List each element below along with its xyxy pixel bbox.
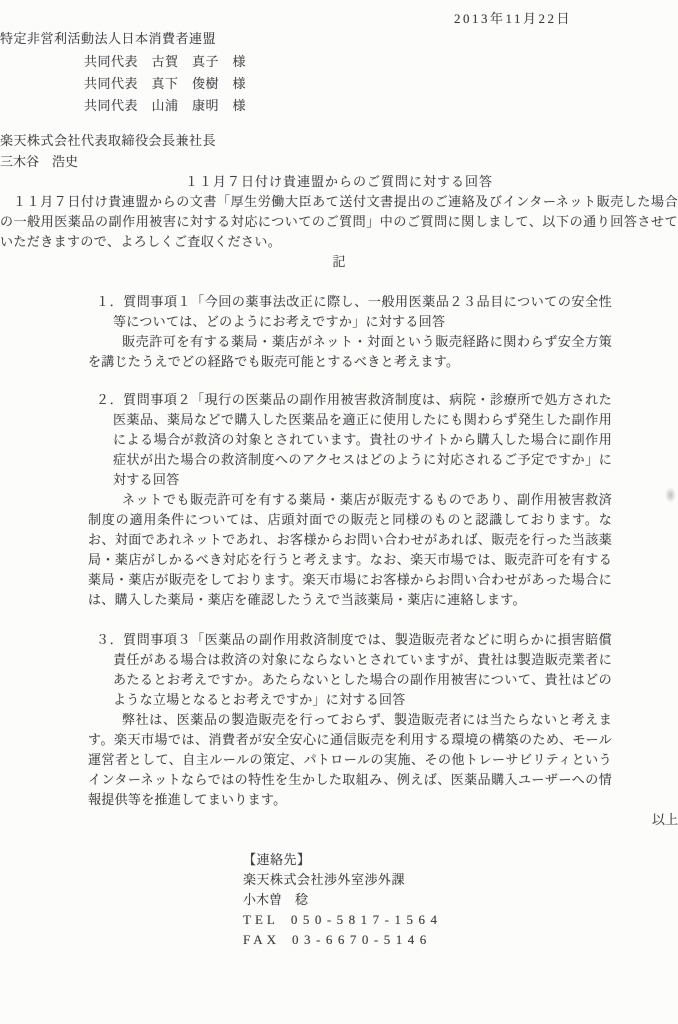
tel-label: TEL: [243, 912, 279, 927]
recipient-representatives: 共同代表 古賀 真子 様 共同代表 真下 俊樹 様 共同代表 山浦 康明 様: [84, 51, 678, 117]
recipient-organization: 特定非営利活動法人日本消費者連盟: [0, 29, 678, 49]
qa-number: ２．: [96, 392, 123, 407]
qa-number: １．: [96, 294, 123, 309]
qa-answer: 弊社は、医薬品の製造販売を行っておらず、製造販売者には当たらないと考えます。楽天…: [88, 710, 612, 810]
fax-number: 03-6670-5146: [292, 932, 432, 947]
qa-item-2: ２．質問事項２「現行の医薬品の副作用被害救済制度は、病院・診療所で処方された医薬…: [96, 390, 612, 610]
recipient-representative: 共同代表 古賀 真子 様: [84, 51, 678, 73]
qa-question-text: 質問事項１「今回の薬事法改正に際し、一般用医薬品２３品目についての安全性等につい…: [113, 294, 612, 329]
sender-block: 楽天株式会社代表取締役会長兼社長 三木谷 浩史: [0, 131, 678, 172]
qa-question: ２．質問事項２「現行の医薬品の副作用被害救済制度は、病院・診療所で処方された医薬…: [96, 390, 612, 490]
contact-department: 楽天株式会社渉外室渉外課: [243, 870, 678, 890]
qa-answer: ネットでも販売許可を有する薬局・薬店が販売するものであり、副作用被害救済制度の適…: [88, 490, 612, 610]
qa-item-1: １．質問事項１「今回の薬事法改正に際し、一般用医薬品２３品目についての安全性等に…: [96, 292, 612, 372]
letter-subject: １１月７日付け貴連盟からのご質問に対する回答: [0, 172, 678, 192]
qa-question-text: 質問事項２「現行の医薬品の副作用被害救済制度は、病院・診療所で処方された医薬品、…: [113, 392, 612, 487]
contact-fax: FAX03-6670-5146: [243, 930, 678, 950]
sender-title: 楽天株式会社代表取締役会長兼社長: [0, 131, 678, 151]
record-marker: 記: [0, 252, 678, 272]
scanned-letter-page: 2013年11月22日 特定非営利活動法人日本消費者連盟 共同代表 古賀 真子 …: [0, 0, 678, 1024]
qa-question-text: 質問事項３「医薬品の副作用救済制度では、製造販売者などに明らかに損害賠償責任があ…: [113, 632, 612, 707]
contact-label: 【連絡先】: [243, 850, 678, 870]
letter-date: 2013年11月22日: [0, 0, 678, 29]
opening-paragraph: １１月７日付け貴連盟からの文書「厚生労働大臣あて送付文書提出のご連絡及びインター…: [0, 192, 678, 252]
scan-artifact: [665, 487, 676, 503]
qa-number: ３．: [96, 632, 123, 647]
recipient-representative: 共同代表 山浦 康明 様: [84, 95, 678, 117]
qa-item-3: ３．質問事項３「医薬品の副作用救済制度では、製造販売者などに明らかに損害賠償責任…: [96, 630, 612, 810]
sender-name: 三木谷 浩史: [0, 151, 678, 172]
contact-block: 【連絡先】 楽天株式会社渉外室渉外課 小木曽 稔 TEL050-5817-156…: [243, 850, 678, 950]
closing-marker: 以上: [0, 810, 678, 830]
contact-tel: TEL050-5817-1564: [243, 910, 678, 930]
contact-person: 小木曽 稔: [243, 890, 678, 910]
recipient-representative: 共同代表 真下 俊樹 様: [84, 73, 678, 95]
qa-answer: 販売許可を有する薬局・薬店がネット・対面という販売経路に関わらず安全方策を講じた…: [88, 332, 612, 372]
qa-question: １．質問事項１「今回の薬事法改正に際し、一般用医薬品２３品目についての安全性等に…: [96, 292, 612, 332]
qa-question: ３．質問事項３「医薬品の副作用救済制度では、製造販売者などに明らかに損害賠償責任…: [96, 630, 612, 710]
tel-number: 050-5817-1564: [291, 912, 443, 927]
fax-label: FAX: [243, 932, 280, 947]
